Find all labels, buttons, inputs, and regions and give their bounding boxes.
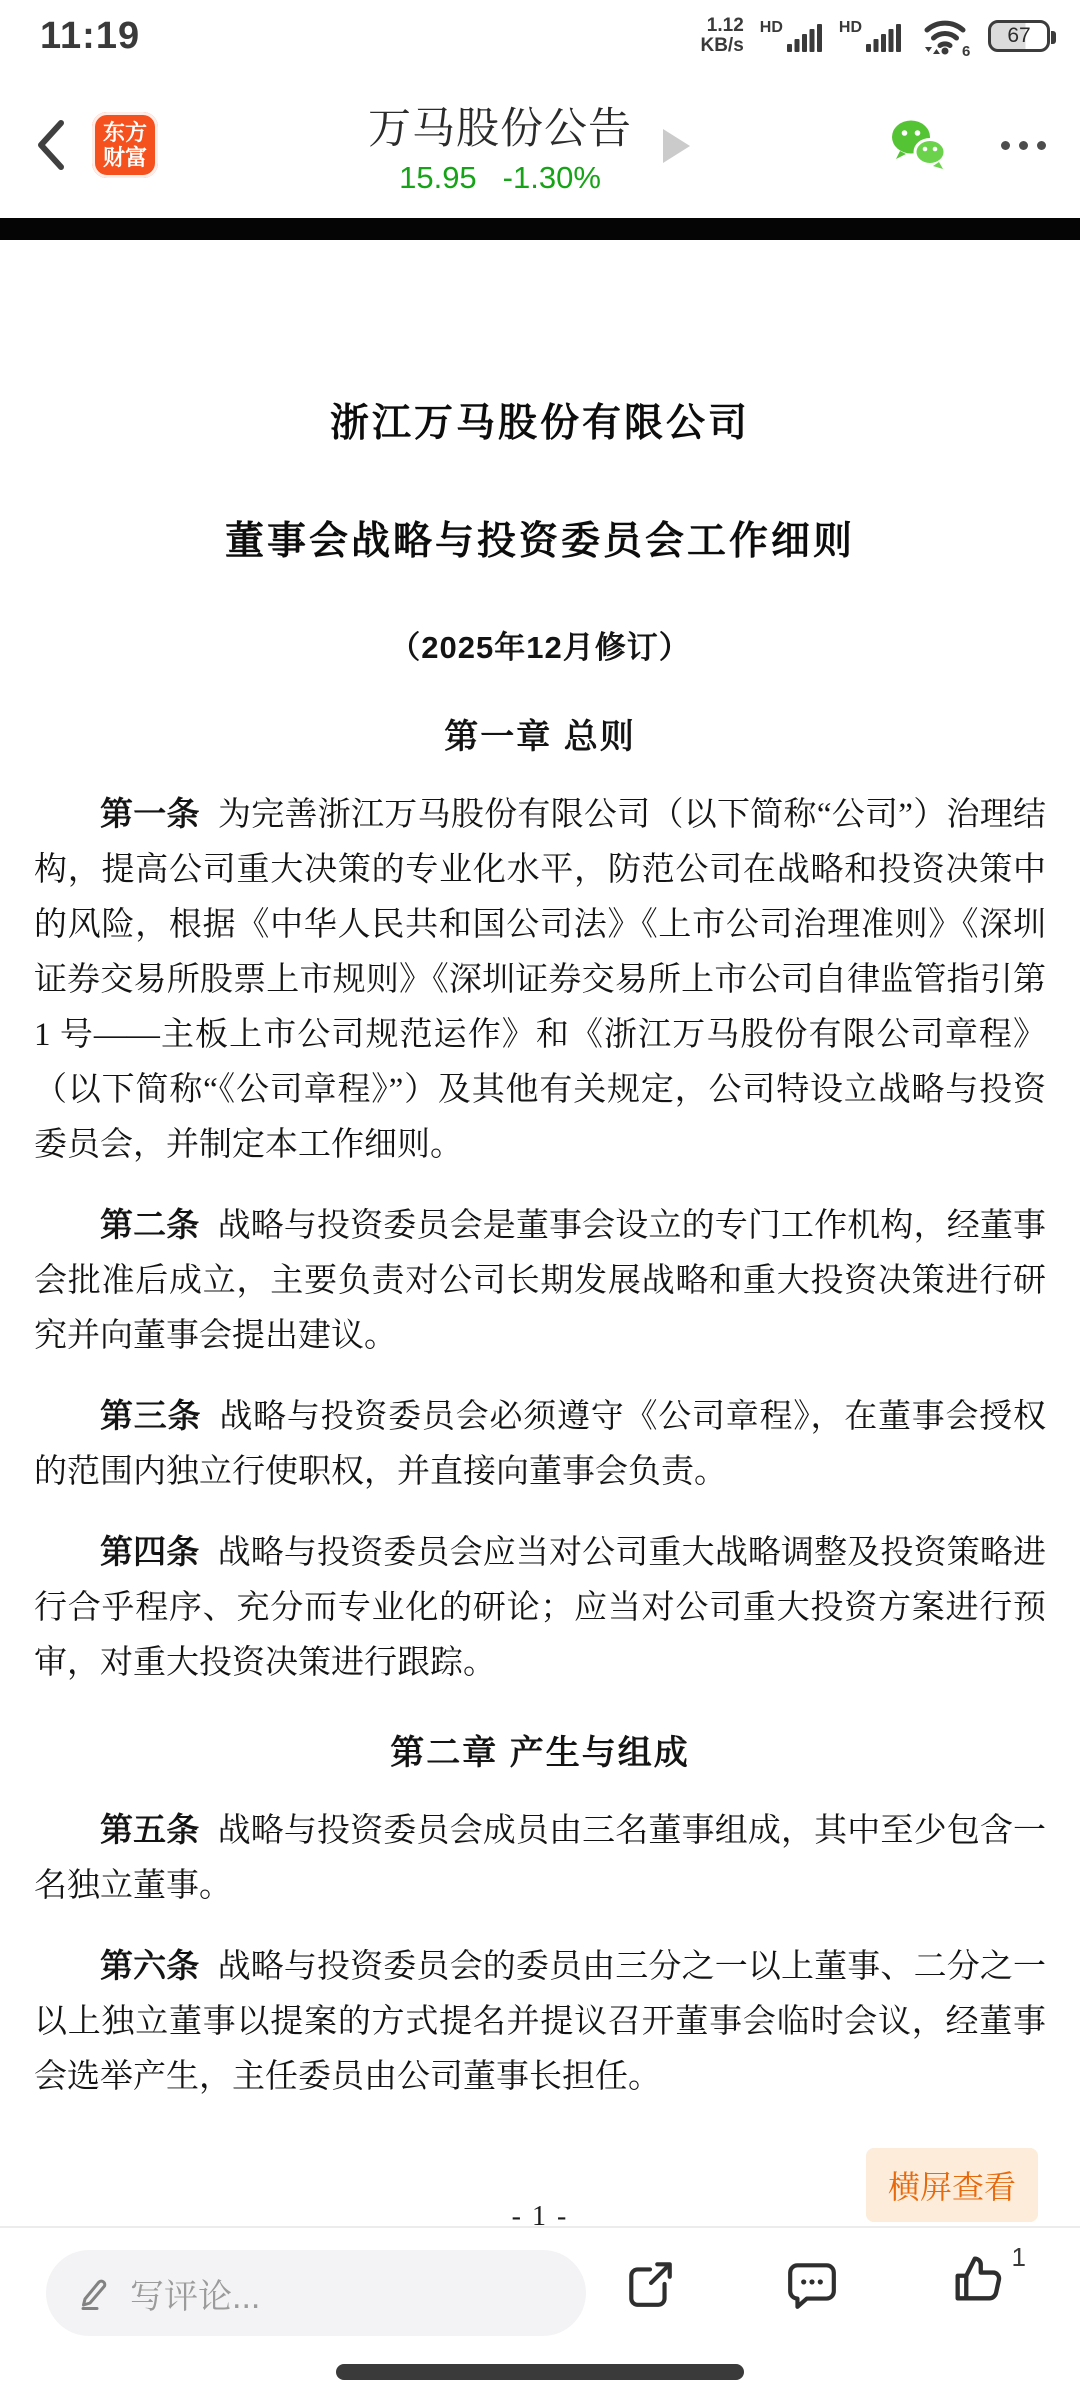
- wifi-icon: 6: [918, 15, 972, 57]
- app-screen: 11:19 1.12 KB/s HD HD: [0, 0, 1080, 2400]
- more-menu-icon[interactable]: [1001, 141, 1046, 150]
- sim1-signal: HD: [760, 20, 823, 52]
- chapter-2-heading: 第二章 产生与组成: [34, 1725, 1046, 1774]
- stock-price: 15.95: [399, 160, 477, 196]
- status-indicators: 1.12 KB/s HD HD: [700, 15, 1050, 57]
- comment-input[interactable]: 写评论...: [46, 2250, 586, 2336]
- signal-bars-icon: [787, 24, 823, 52]
- article-1-text: 为完善浙江万马股份有限公司（以下简称“公司”）治理结构，提高公司重大决策的专业化…: [34, 797, 1046, 1163]
- chapter-1-heading: 第一章 总则: [34, 709, 1046, 758]
- article-2-lead: 第二条: [100, 1206, 199, 1243]
- eastmoney-logo[interactable]: 东方 财富: [92, 112, 158, 178]
- article-2: 第二条战略与投资委员会是董事会设立的专门工作机构，经董事会批准后成立，主要负责对…: [34, 1197, 1046, 1364]
- article-3-lead: 第三条: [100, 1397, 201, 1434]
- doc-company-title: 浙江万马股份有限公司: [34, 392, 1046, 448]
- share-icon: [623, 2257, 677, 2311]
- viewer-letterbox: [0, 218, 1080, 240]
- hd-voice-badge: HD: [839, 20, 862, 36]
- like-button[interactable]: 1: [948, 2250, 1018, 2320]
- article-6: 第六条战略与投资委员会的委员由三分之一以上董事、二分之一以上独立董事以提案的方式…: [34, 1938, 1046, 2105]
- signal-bars-icon: [866, 24, 902, 52]
- landscape-view-button[interactable]: 横屏查看: [866, 2148, 1038, 2222]
- network-speed-value: 1.12: [707, 16, 744, 36]
- article-4-lead: 第四条: [100, 1533, 199, 1570]
- chevron-left-icon: [34, 118, 66, 172]
- network-speed-unit: KB/s: [700, 36, 743, 56]
- like-count-badge: 1: [1012, 2242, 1026, 2273]
- wifi-band-label: 6: [962, 43, 970, 57]
- article-3: 第三条战略与投资委员会必须遵守《公司章程》，在董事会授权的范围内独立行使职权，并…: [34, 1388, 1046, 1500]
- doc-subtitle: 董事会战略与投资委员会工作细则: [34, 510, 1046, 566]
- back-button[interactable]: [34, 115, 78, 175]
- play-audio-icon[interactable]: [663, 129, 690, 163]
- title-block[interactable]: 万马股份公告 15.95 -1.30%: [368, 95, 632, 196]
- thumbs-up-icon: [948, 2250, 1006, 2308]
- nav-header: 东方 财富 万马股份公告 15.95 -1.30%: [0, 72, 1080, 218]
- home-indicator[interactable]: [336, 2364, 744, 2380]
- comments-button[interactable]: [784, 2256, 840, 2312]
- status-bar: 11:19 1.12 KB/s HD HD: [0, 0, 1080, 72]
- battery-icon: 67: [988, 20, 1050, 52]
- wechat-share-icon[interactable]: [887, 118, 949, 172]
- stock-quote: 15.95 -1.30%: [368, 160, 632, 196]
- comment-placeholder: 写评论...: [130, 2269, 260, 2318]
- network-speed: 1.12 KB/s: [700, 16, 743, 56]
- article-6-lead: 第六条: [100, 1947, 199, 1984]
- article-5: 第五条战略与投资委员会成员由三名董事组成，其中至少包含一名独立董事。: [34, 1802, 1046, 1914]
- share-button[interactable]: [622, 2256, 678, 2312]
- article-1: 第一条为完善浙江万马股份有限公司（以下简称“公司”）治理结构，提高公司重大决策的…: [34, 786, 1046, 1173]
- logo-text-bottom: 财富: [103, 145, 147, 170]
- header-actions: [887, 118, 1046, 172]
- announcement-document: 浙江万马股份有限公司 董事会战略与投资委员会工作细则 （2025年12月修订） …: [0, 240, 1080, 2226]
- logo-text-top: 东方: [103, 120, 147, 145]
- pencil-icon: [76, 2275, 112, 2311]
- battery-percent: 67: [1007, 24, 1030, 48]
- page-title: 万马股份公告: [368, 95, 632, 156]
- clock: 11:19: [40, 15, 140, 58]
- hd-voice-badge: HD: [760, 20, 783, 36]
- article-1-lead: 第一条: [100, 795, 200, 832]
- article-4: 第四条战略与投资委员会应当对公司重大战略调整及投资策略进行合乎程序、充分而专业化…: [34, 1524, 1046, 1691]
- stock-change: -1.30%: [503, 160, 601, 196]
- article-5-lead: 第五条: [100, 1811, 199, 1848]
- sim2-signal: HD: [839, 20, 902, 52]
- doc-revision-note: （2025年12月修订）: [34, 622, 1046, 667]
- comment-bubble-icon: [785, 2257, 839, 2311]
